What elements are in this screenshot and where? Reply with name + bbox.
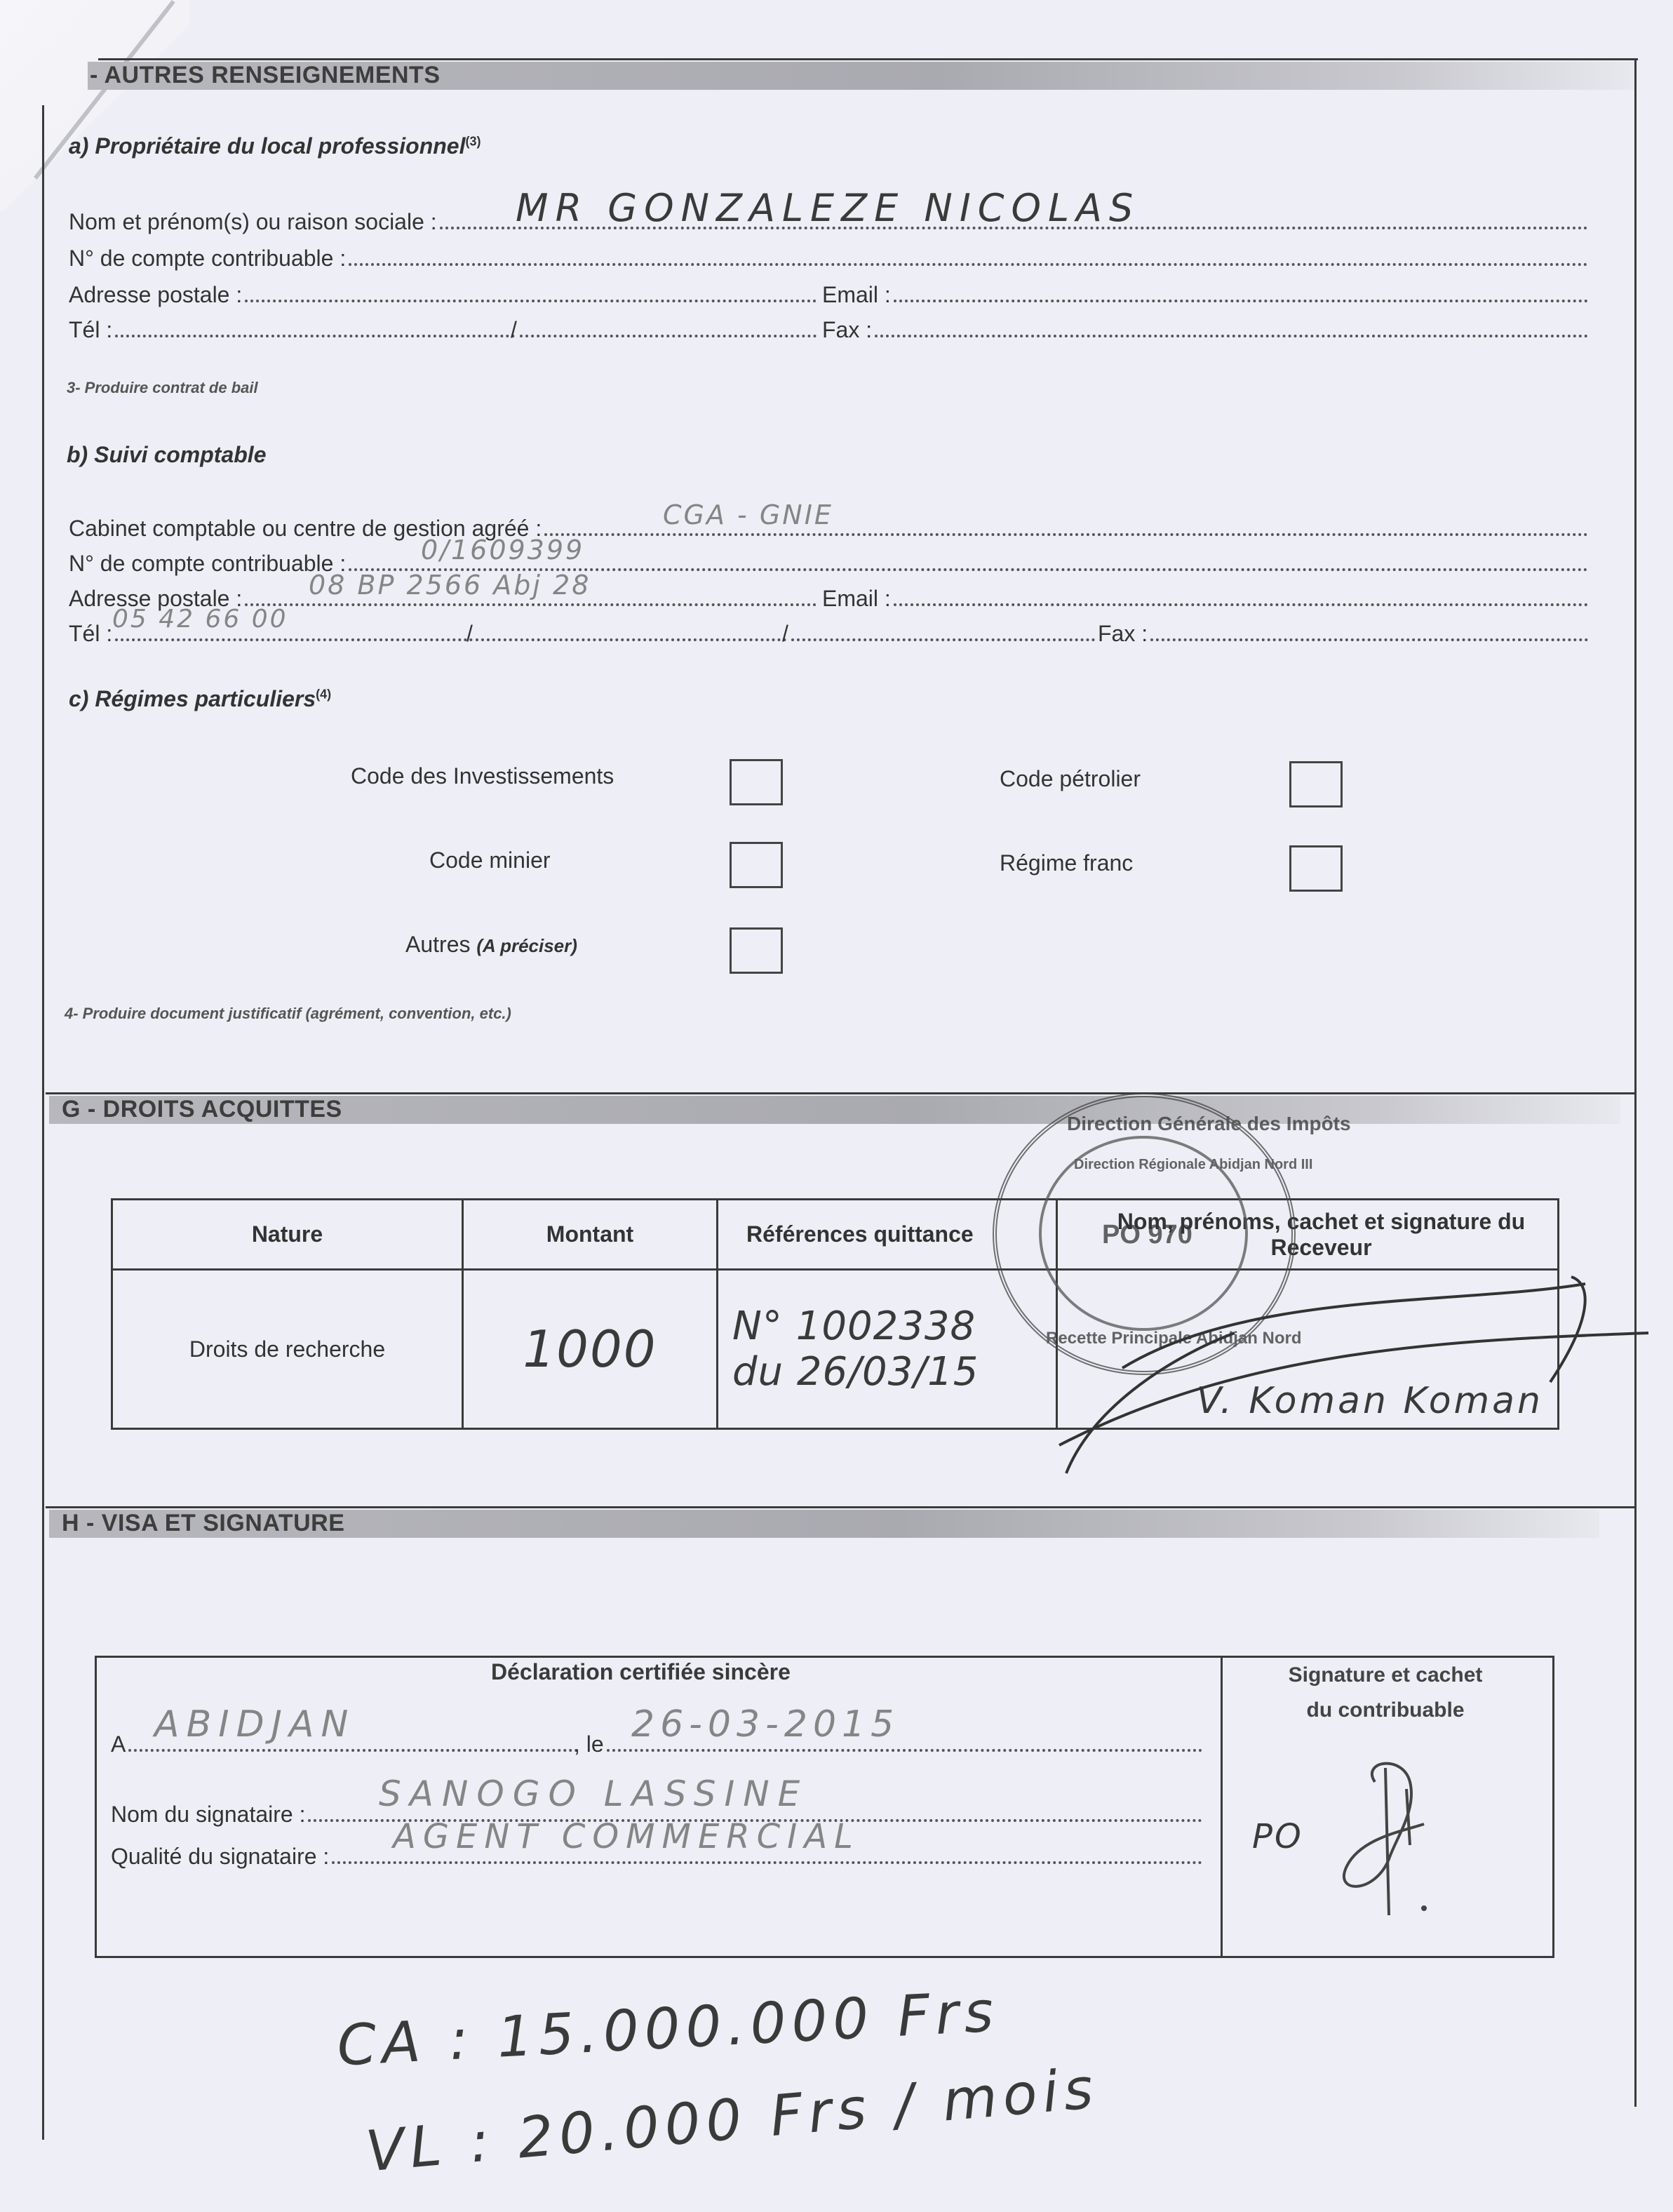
tel-separator: / bbox=[782, 621, 788, 647]
qualite-field[interactable] bbox=[332, 1861, 1202, 1864]
contribuable-signature bbox=[1319, 1754, 1459, 1922]
subsection-regimes-heading: c) Régimes particuliers(4) bbox=[69, 686, 331, 712]
qualite-value: AGENT COMMERCIAL bbox=[393, 1817, 860, 1856]
email-label: Email : bbox=[822, 282, 891, 308]
nom-value: MR GONZALEZE NICOLAS bbox=[516, 186, 1140, 230]
signataire-label: Nom du signataire : bbox=[111, 1802, 305, 1828]
cell-reference: N° 1002338 du 26/03/15 bbox=[718, 1270, 1057, 1429]
autres-text: Autres bbox=[405, 932, 470, 957]
fax-field[interactable] bbox=[1150, 638, 1588, 641]
col-nature: Nature bbox=[112, 1200, 463, 1270]
checkbox-code-investissements[interactable] bbox=[730, 759, 783, 805]
suivi-email-row: Email : bbox=[822, 586, 1591, 612]
reference-date: du 26/03/15 bbox=[732, 1349, 1055, 1395]
email-field[interactable] bbox=[894, 603, 1588, 606]
option-regime-franc-label: Régime franc bbox=[1000, 850, 1133, 876]
section-top-rule bbox=[46, 1506, 1634, 1508]
suivi-tel-value: 05 42 66 00 bbox=[112, 605, 288, 634]
lieu-value: ABIDJAN bbox=[154, 1703, 355, 1745]
note-chiffre-affaires: CA : 15.000.000 Frs bbox=[335, 1978, 1000, 2078]
cell-nature: Droits de recherche bbox=[112, 1270, 463, 1429]
adresse-field[interactable] bbox=[245, 603, 817, 606]
suivi-compte-value: 0/1609399 bbox=[421, 535, 584, 565]
table-header-row: Nature Montant Références quittance Nom,… bbox=[112, 1200, 1559, 1270]
option-code-petrolier-label: Code pétrolier bbox=[1000, 766, 1141, 792]
signataire-value: SANOGO LASSINE bbox=[379, 1774, 808, 1814]
footnote-ref: (3) bbox=[465, 134, 481, 148]
section-title: G - DROITS ACQUITTES bbox=[62, 1096, 342, 1123]
reference-number: N° 1002338 bbox=[732, 1303, 1055, 1349]
stamp-center-text: PO 970 bbox=[1102, 1220, 1192, 1250]
heading-text: c) Régimes particuliers bbox=[69, 686, 316, 711]
suivi-tel2-row: / bbox=[466, 621, 789, 647]
tel-field-2[interactable] bbox=[520, 335, 817, 337]
proprietaire-email-row: Email : bbox=[822, 282, 1591, 308]
adresse-label: Adresse postale : bbox=[69, 282, 242, 308]
qualite-label: Qualité du signataire : bbox=[111, 1844, 329, 1870]
declaration-title: Déclaration certifiée sincère bbox=[491, 1659, 791, 1685]
subsection-suivi-comptable-heading: b) Suivi comptable bbox=[67, 442, 266, 468]
compte-field[interactable] bbox=[349, 263, 1588, 266]
option-code-investissements-label: Code des Investissements bbox=[351, 763, 614, 789]
frame-top bbox=[98, 58, 1638, 60]
col-montant: Montant bbox=[463, 1200, 718, 1270]
option-code-minier-label: Code minier bbox=[429, 847, 551, 873]
section-top-rule bbox=[46, 1092, 1634, 1094]
adresse-field[interactable] bbox=[245, 300, 817, 302]
cabinet-field[interactable] bbox=[544, 533, 1588, 536]
tel-label: Tél : bbox=[69, 317, 112, 343]
suivi-adresse-value: 08 BP 2566 Abj 28 bbox=[309, 570, 591, 601]
proprietaire-tel2-row: / bbox=[511, 317, 819, 343]
frame-right bbox=[1634, 58, 1637, 2107]
proprietaire-adresse-row: Adresse postale : bbox=[69, 282, 819, 308]
section-title: H - VISA ET SIGNATURE bbox=[62, 1510, 344, 1537]
date-value: 26-03-2015 bbox=[631, 1703, 899, 1745]
note-valeur-locative: VL : 20.000 Frs / mois bbox=[363, 2056, 1101, 2185]
cabinet-value: CGA - GNIE bbox=[663, 500, 833, 530]
frame-left bbox=[42, 105, 44, 2140]
section-title: - AUTRES RENSEIGNEMENTS bbox=[90, 62, 441, 89]
tel-field-3[interactable] bbox=[791, 638, 1095, 641]
cell-montant: 1000 bbox=[463, 1270, 718, 1429]
suivi-compte-row: N° de compte contribuable : bbox=[69, 551, 1591, 577]
tel-field-1[interactable] bbox=[115, 638, 473, 641]
note-document-justificatif: 4- Produire document justificatif (agrém… bbox=[65, 1005, 511, 1023]
signature-title-line2: du contribuable bbox=[1221, 1693, 1550, 1728]
tel-separator: / bbox=[511, 317, 517, 343]
lieu-field[interactable] bbox=[128, 1749, 578, 1752]
lieu-label: A bbox=[111, 1731, 126, 1757]
receveur-signature bbox=[1038, 1263, 1655, 1501]
nom-label: Nom et prénom(s) ou raison sociale : bbox=[69, 209, 437, 235]
checkbox-autres[interactable] bbox=[730, 927, 783, 974]
note-contrat-bail: 3- Produire contrat de bail bbox=[67, 379, 258, 397]
suivi-tel3-row: / bbox=[782, 621, 1098, 647]
proprietaire-tel-row: Tél : bbox=[69, 317, 518, 343]
checkbox-regime-franc[interactable] bbox=[1289, 845, 1343, 892]
tel-label: Tél : bbox=[69, 621, 112, 647]
tel-field-1[interactable] bbox=[115, 335, 515, 337]
date-label: , le bbox=[574, 1731, 604, 1757]
checkbox-code-petrolier[interactable] bbox=[1289, 761, 1343, 807]
email-label: Email : bbox=[822, 586, 891, 612]
proprietaire-fax-row: Fax : bbox=[822, 317, 1591, 343]
footnote-ref: (4) bbox=[316, 687, 331, 701]
tel-field-2[interactable] bbox=[476, 638, 786, 641]
checkbox-code-minier[interactable] bbox=[730, 842, 783, 888]
stamp-outer-text: Direction Générale des Impôts bbox=[1067, 1113, 1351, 1135]
signature-po-mark: PO bbox=[1252, 1817, 1303, 1856]
subsection-proprietaire-heading: a) Propriétaire du local professionnel(3… bbox=[69, 133, 481, 159]
stamp-inner-text: Direction Régionale Abidjan Nord III bbox=[1074, 1157, 1312, 1173]
suivi-fax-row: Fax : bbox=[1098, 621, 1591, 647]
proprietaire-compte-row: N° de compte contribuable : bbox=[69, 246, 1591, 272]
tel-separator: / bbox=[466, 621, 473, 647]
autres-note: (A préciser) bbox=[476, 935, 577, 956]
heading-text: a) Propriétaire du local professionnel bbox=[69, 133, 465, 159]
email-field[interactable] bbox=[894, 300, 1588, 302]
date-field[interactable] bbox=[607, 1749, 1202, 1752]
compte-label: N° de compte contribuable : bbox=[69, 246, 346, 272]
signature-title-line1: Signature et cachet bbox=[1221, 1658, 1550, 1693]
fax-label: Fax : bbox=[1098, 621, 1148, 647]
montant-value: 1000 bbox=[523, 1320, 657, 1379]
fax-field[interactable] bbox=[875, 335, 1588, 337]
fax-label: Fax : bbox=[822, 317, 872, 343]
compte-label: N° de compte contribuable : bbox=[69, 551, 346, 577]
option-autres-label: Autres (A préciser) bbox=[405, 932, 577, 958]
signature-box-title: Signature et cachet du contribuable bbox=[1221, 1658, 1550, 1728]
